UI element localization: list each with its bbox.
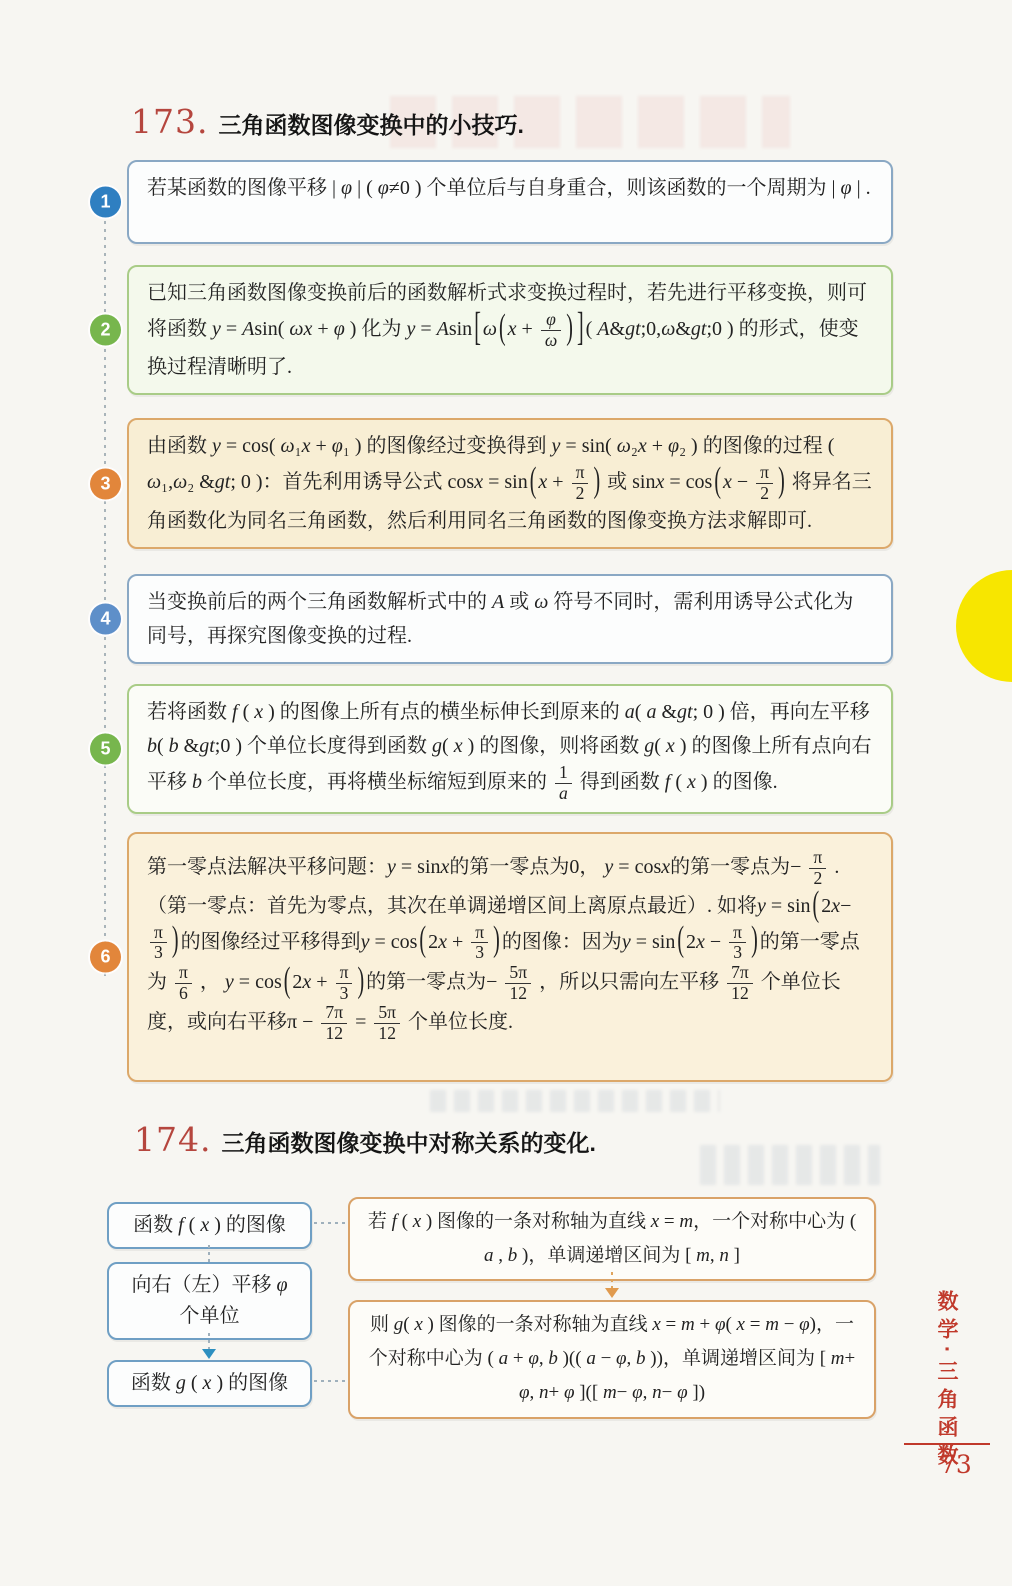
tip-box-1: 1 若某函数的图像平移 | φ | ( φ≠0 ) 个单位后与自身重合，则该函数…	[127, 160, 893, 244]
tip-number-badge: 4	[90, 603, 121, 634]
page-number: 73	[940, 1450, 972, 1479]
flow-box-gx: 函数 g ( x ) 的图像	[107, 1360, 312, 1407]
tip-text: 当变换前后的两个三角函数解析式中的 A 或 ω 符号不同时，需利用诱导公式化为同…	[147, 585, 873, 653]
flow-box-fx-properties-text: 若 f ( x ) 图像的一条对称轴为直线 x = m，一个对称中心为 ( a …	[362, 1205, 862, 1273]
tip-text: 由函数 y = cos( ω₁x + φ₁ ) 的图像经过变换得到 y = si…	[147, 429, 873, 537]
tip-number-badge: 2	[90, 315, 121, 346]
down-arrow-icon	[605, 1288, 619, 1298]
tip-text: 若将函数 f ( x ) 的图像上所有点的横坐标伸长到原来的 a( a &gt;…	[147, 695, 873, 803]
tip-text: 若某函数的图像平移 | φ | ( φ≠0 ) 个单位后与自身重合，则该函数的一…	[147, 171, 873, 205]
flow-box-gx-properties: 则 g( x ) 图像的一条对称轴为直线 x = m + φ( x = m − …	[348, 1300, 876, 1419]
section-174-header: 174. 三角函数图像变换中对称关系的变化.	[134, 1120, 596, 1159]
section-174-title: 三角函数图像变换中对称关系的变化.	[221, 1125, 595, 1158]
flow-box-gx-label: 函数 g ( x ) 的图像	[131, 1368, 288, 1399]
dotted-connector	[314, 1380, 348, 1382]
dotted-connector	[314, 1222, 348, 1224]
tip-box-6: 6 第一零点法解决平移问题：y = sinx的第一零点为0， y = cosx的…	[127, 832, 893, 1082]
flow-box-shift: 向右（左）平移 φ 个单位	[107, 1262, 312, 1340]
tip-number-badge: 6	[90, 942, 121, 973]
tip-text: 已知三角函数图像变换前后的函数解析式求变换过程时，若先进行平移变换，则可将函数 …	[147, 276, 873, 384]
flow-box-gx-properties-text: 则 g( x ) 图像的一条对称轴为直线 x = m + φ( x = m − …	[362, 1308, 862, 1411]
tip-text: 第一零点法解决平移问题：y = sinx的第一零点为0， y = cosx的第一…	[147, 848, 873, 1044]
section-173-header: 173. 三角函数图像变换中的小技巧.	[131, 102, 524, 141]
tip-box-2: 2 已知三角函数图像变换前后的函数解析式求变换过程时，若先进行平移变换，则可将函…	[127, 265, 893, 395]
flow-box-shift-label: 向右（左）平移 φ 个单位	[121, 1270, 298, 1332]
down-arrow-icon	[202, 1349, 216, 1359]
tip-number-badge: 1	[90, 187, 121, 218]
tips-list: 1 若某函数的图像平移 | φ | ( φ≠0 ) 个单位后与自身重合，则该函数…	[127, 160, 893, 1082]
dotted-connector	[208, 1245, 210, 1262]
tip-box-3: 3 由函数 y = cos( ω₁x + φ₁ ) 的图像经过变换得到 y = …	[127, 418, 893, 548]
tip-number-badge: 5	[90, 734, 121, 765]
flow-box-fx: 函数 f ( x ) 的图像	[107, 1202, 312, 1249]
section-173-title: 三角函数图像变换中的小技巧.	[218, 107, 523, 140]
chapter-tab-marker	[956, 570, 1012, 682]
section-174-number: 174.	[134, 1120, 211, 1159]
page-showthrough	[430, 1090, 720, 1112]
sidebar-divider	[904, 1443, 990, 1445]
tip-box-4: 4 当变换前后的两个三角函数解析式中的 A 或 ω 符号不同时，需利用诱导公式化…	[127, 574, 893, 664]
textbook-page: 173. 三角函数图像变换中的小技巧. 1 若某函数的图像平移 | φ | ( …	[0, 0, 1012, 1586]
page-showthrough	[700, 1145, 880, 1185]
tip-number-badge: 3	[90, 468, 121, 499]
flow-box-fx-label: 函数 f ( x ) 的图像	[133, 1210, 286, 1241]
section-173-number: 173.	[131, 102, 208, 141]
flow-box-fx-properties: 若 f ( x ) 图像的一条对称轴为直线 x = m，一个对称中心为 ( a …	[348, 1197, 876, 1281]
tip-box-5: 5 若将函数 f ( x ) 的图像上所有点的横坐标伸长到原来的 a( a &g…	[127, 684, 893, 814]
